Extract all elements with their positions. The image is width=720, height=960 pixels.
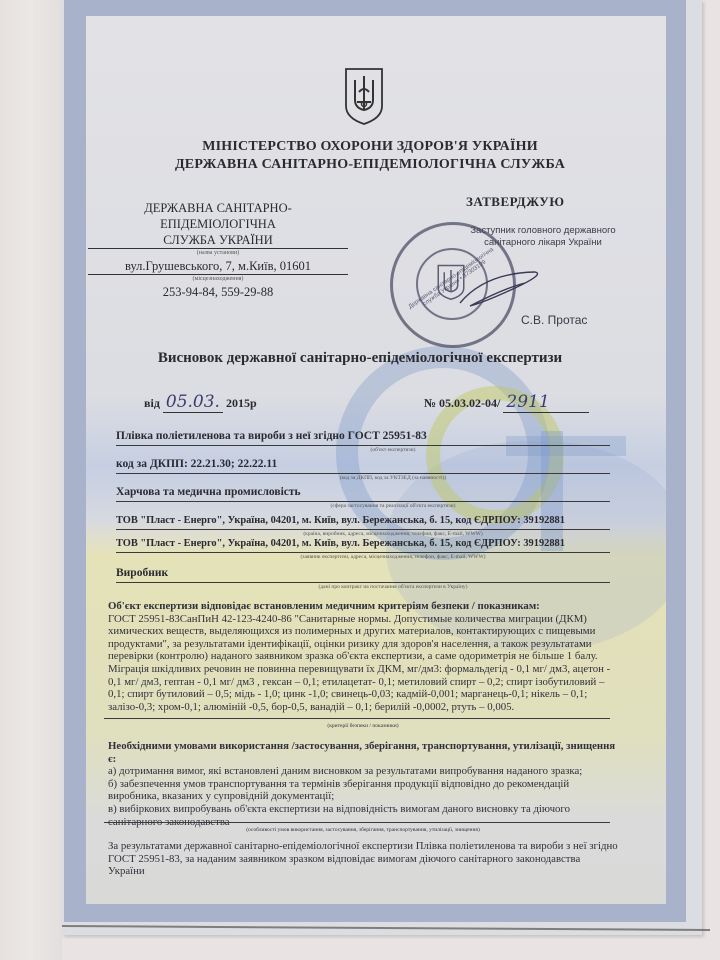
institution-name-line2: СЛУЖБА УКРАЇНИ	[88, 232, 348, 249]
criteria-text: ГОСТ 25951-83СанПиН 42-123-4240-86 "Сани…	[108, 613, 618, 714]
date-year: 2015р	[226, 396, 257, 410]
field-object: Плівка поліетиленова та вироби з неї згі…	[116, 429, 610, 454]
field-value: ТОВ "Пласт - Енерго", Україна, 04201, м.…	[116, 536, 610, 553]
institution-block: ДЕРЖАВНА САНІТАРНО-ЕПІДЕМІОЛОГІЧНА СЛУЖБ…	[88, 200, 348, 300]
field-applicant: ТОВ "Пласт - Енерго", Україна, 04201, м.…	[116, 536, 610, 561]
field-product-code: код за ДКПП: 22.21.30; 22.22.11 (код за …	[116, 457, 610, 482]
document-title: Висновок державної санітарно-епідеміолог…	[90, 350, 630, 367]
criteria-caption: (критерії безпеки / показники)	[108, 720, 618, 733]
signature-icon	[455, 268, 545, 308]
background-surface	[0, 0, 62, 960]
institution-address-caption: (місцезнаходження)	[88, 275, 348, 284]
field-value: ТОВ "Пласт - Енерго", Україна, 04201, м.…	[116, 513, 610, 530]
condition-item-b: б) забезпечення умов транспортування та …	[108, 778, 618, 803]
field-value: код за ДКПП: 22.21.30; 22.22.11	[116, 457, 610, 474]
approval-label: ЗАТВЕРДЖУЮ	[466, 194, 564, 210]
ministry-name: МІНІСТЕРСТВО ОХОРОНИ ЗДОРОВ'Я УКРАЇНИ	[90, 138, 650, 156]
conditions-section: Необхідними умовами використання /застос…	[108, 740, 618, 828]
service-name: ДЕРЖАВНА САНІТАРНО-ЕПІДЕМІОЛОГІЧНА СЛУЖБ…	[90, 156, 650, 174]
number-handwritten: 2911	[503, 392, 589, 413]
conclusion-text: За результатами державної санітарно-епід…	[108, 840, 618, 878]
condition-item-a: а) дотримання вимог, які встановлені дан…	[108, 765, 618, 778]
number-prefix: № 05.03.02-04/	[424, 396, 500, 410]
issue-date: від 05.03. 2015р	[144, 392, 257, 413]
date-prefix: від	[144, 396, 160, 410]
document-number: № 05.03.02-04/ 2911	[424, 392, 589, 413]
field-manufacturer: ТОВ "Пласт - Енерго", Україна, 04201, м.…	[116, 513, 610, 538]
field-value: Плівка поліетиленова та вироби з неї згі…	[116, 429, 610, 446]
institution-address: вул.Грушевського, 7, м.Київ, 01601	[88, 258, 348, 275]
institution-name-caption: (назва установи)	[88, 249, 348, 258]
criteria-heading: Об'єкт експертизи відповідає встановлени…	[108, 600, 618, 613]
trident-coat-of-arms-icon	[343, 66, 385, 126]
criteria-rule	[104, 718, 610, 719]
institution-phones: 253-94-84, 559-29-88	[88, 284, 348, 300]
ministry-heading: МІНІСТЕРСТВО ОХОРОНИ ЗДОРОВ'Я УКРАЇНИ ДЕ…	[90, 138, 650, 174]
field-caption: (дані про контракт на постачання об'єкта…	[176, 583, 610, 591]
conditions-caption: (особливості умов використання, застосув…	[108, 824, 618, 837]
field-contract: Виробник (дані про контракт на постачанн…	[116, 566, 610, 591]
signer-name: С.В. Протас	[521, 313, 587, 327]
conditions-heading: Необхідними умовами використання /застос…	[108, 740, 618, 765]
date-handwritten: 05.03.	[163, 392, 223, 413]
field-value: Виробник	[116, 566, 610, 583]
field-scope: Харчова та медична промисловість (сфера …	[116, 485, 610, 510]
conditions-rule	[104, 822, 610, 823]
field-caption: (сфера застосування та реалізації об'єкт…	[176, 502, 610, 510]
field-caption: (заявник експертизи, адреса, місцезнаход…	[176, 553, 610, 561]
institution-name-line1: ДЕРЖАВНА САНІТАРНО-ЕПІДЕМІОЛОГІЧНА	[88, 200, 348, 232]
field-caption: (код за ДКПП, код за УКТЗЕД (за наявност…	[176, 474, 610, 482]
field-caption: (об'єкт експертизи)	[176, 446, 610, 454]
field-value: Харчова та медична промисловість	[116, 485, 610, 502]
criteria-section: Об'єкт експертизи відповідає встановлени…	[108, 600, 618, 713]
